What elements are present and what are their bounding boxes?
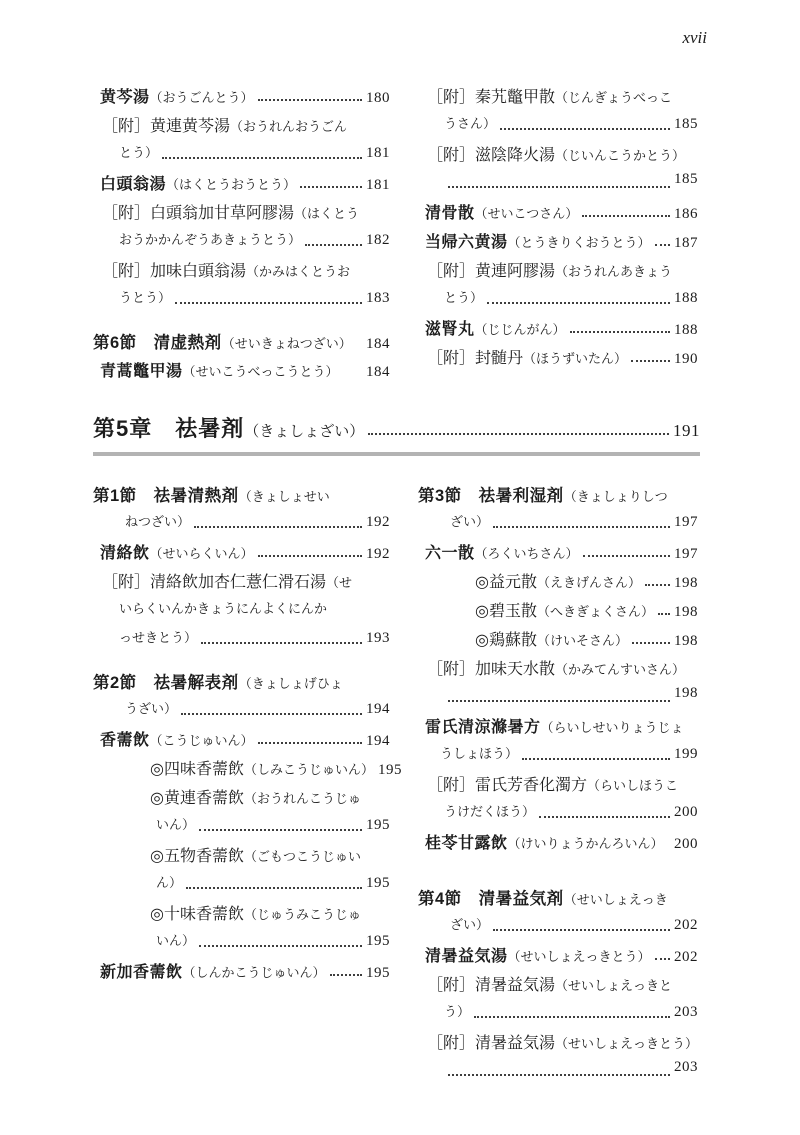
entry-text: っせきとう） [119,627,197,647]
toc-entry-line: 当帰六黄湯（とうきりくおうとう）187 [418,229,698,258]
entry-text: ［附］黄連黄芩湯（おうれんおうごん [102,113,347,136]
toc-entry-line: 白頭翁湯（はくとうおうとう）181 [93,171,390,200]
toc-entry-line: ［附］封髄丹（ほうずいたん）190 [418,345,698,374]
leader-dots [470,1001,674,1030]
toc-entry-line: とう）181 [93,142,390,171]
leader-dots [301,229,366,258]
toc-section-line: 第1節 祛暑清熱剤（きょしょせい [93,482,390,511]
toc-entry-line: いらくいんかきょうにんよくにんか [93,598,390,627]
entry-text: 桂苓甘露飲（けいりょうかんろいん） [425,830,664,853]
entry-text: ［附］滋陰降火湯（じいんこうかとう） [427,142,685,165]
leader-dots [364,412,673,448]
toc-entry-line: うしょほう）199 [418,743,698,772]
page-number: 193 [366,630,390,647]
toc-entry-line: っせきとう）193 [93,627,390,656]
toc-entry-line: 桂苓甘露飲（けいりょうかんろいん）200 [418,830,698,859]
toc-entry-line: ［附］清暑益気湯（せいしょえっきと [418,972,698,1001]
entry-text: ◎鶏蘇散（けいそさん） [475,627,628,650]
leader-dots [651,229,674,258]
leader-dots [444,171,674,200]
entry-text: 白頭翁湯（はくとうおうとう） [100,171,296,194]
toc-entry-line: 青蒿鼈甲湯（せいこうべっこうとう）184 [93,358,390,387]
page-number: 195 [366,965,390,982]
leader-dots [254,84,366,113]
toc-entry-line: ◎十味香薷飲（じゅうみこうじゅ [93,901,390,930]
entry-text: ◎十味香薷飲（じゅうみこうじゅ [150,901,361,924]
page-number: 195 [378,762,402,779]
toc-entry-line: ◎益元散（えきげんさん）198 [418,569,698,598]
leader-space [339,358,366,387]
toc-entry-line: ざい）197 [418,511,698,540]
entry-text: ［附］封髄丹（ほうずいたん） [427,345,627,368]
toc-entry-line: ［附］清暑益気湯（せいしょえっきとう） [418,1030,698,1059]
toc-entry-line: 203 [418,1059,698,1088]
toc-column-top-right: ［附］秦艽鼈甲散（じんぎょうべっこうさん）185［附］滋陰降火湯（じいんこうかと… [418,84,698,374]
leader-dots [296,171,366,200]
entry-text: うざい） [125,698,177,718]
page-number: 195 [366,817,390,834]
toc-section-line: 第4節 清暑益気剤（せいしょえっき [418,885,698,914]
entry-text: 青蒿鼈甲湯（せいこうべっこうとう） [100,358,339,381]
leader-dots [641,569,674,598]
page-number: 198 [674,633,698,650]
entry-text: とう） [444,287,483,307]
entry-text: ［附］加味天水散（かみてんすいさん） [427,656,685,679]
toc-entry-line: ［附］加味天水散（かみてんすいさん） [418,656,698,685]
toc-section-line: 第2節 祛暑解表剤（きょしょげひょ [93,669,390,698]
entry-text: うとう） [119,287,171,307]
toc-entry-line: 清暑益気湯（せいしょえっきとう）202 [418,943,698,972]
entry-text: う） [444,1001,470,1021]
toc-entry-line: ［附］黄連阿膠湯（おうれんあきょう [418,258,698,287]
leader-dots [627,345,674,374]
page-number: 197 [674,514,698,531]
entry-text: ん） [156,872,182,892]
toc-entry-line: ◎四味香薷飲（しみこうじゅいん）195 [93,756,390,785]
entry-text: ◎四味香薷飲（しみこうじゅいん） [150,756,374,779]
entry-text: いらくいんかきょうにんよくにんか [119,598,327,618]
page-folio: xvii [93,28,707,48]
leader-dots [195,930,366,959]
page-number: 184 [366,364,390,381]
toc-entry-line: 清骨散（せいこつさん）186 [418,200,698,229]
leader-dots [326,959,366,988]
toc-entry-line: 香薷飲（こうじゅいん）194 [93,727,390,756]
leader-dots [651,943,674,972]
leader-dots [177,698,366,727]
leader-dots [483,287,674,316]
entry-text: うけだくほう） [444,801,535,821]
entry-text: 滋腎丸（じじんがん） [425,316,566,339]
toc-entry-line: とう）188 [418,287,698,316]
page-number: 180 [366,90,390,107]
toc-entry-line: ［附］加味白頭翁湯（かみはくとうお [93,258,390,287]
leader-space [352,329,366,358]
toc-entry-line: うざい）194 [93,698,390,727]
entry-text: ［附］清暑益気湯（せいしょえっきと [427,972,672,995]
page-number: 202 [674,949,698,966]
entry-text: 第1節 祛暑清熱剤（きょしょせい [93,482,330,506]
entry-text: 第2節 祛暑解表剤（きょしょげひょ [93,669,343,693]
toc-entry-line: 黄芩湯（おうごんとう）180 [93,84,390,113]
leader-dots [197,627,366,656]
chapter-page-number: 191 [673,421,700,441]
leader-dots [158,142,366,171]
entry-text: いん） [156,930,195,950]
entry-text: 当帰六黄湯（とうきりくおうとう） [425,229,651,252]
entry-text: 新加香薷飲（しんかこうじゅいん） [100,959,326,982]
leader-dots [444,685,674,714]
toc-entry-line: ん）195 [93,872,390,901]
leader-dots [489,511,674,540]
entry-text: 清絡飲（せいらくいん） [100,540,254,563]
leader-dots [182,872,366,901]
toc-entry-line: 198 [418,685,698,714]
page-number: 188 [674,322,698,339]
entry-text: 六一散（ろくいちさん） [425,540,579,563]
entry-text: ［附］秦艽鼈甲散（じんぎょうべっこ [427,84,672,107]
leader-dots [566,316,674,345]
entry-text: ざい） [450,914,489,934]
page-number: 192 [366,514,390,531]
entry-text: ◎黄連香薷飲（おうれんこうじゅ [150,785,361,808]
entry-text: ◎益元散（えきげんさん） [475,569,641,592]
page-number: 198 [674,575,698,592]
chapter-text: 第5章 祛暑剤（きょしょざい） [93,412,364,443]
toc-entry-line: いん）195 [93,814,390,843]
entry-text: いん） [156,814,195,834]
leader-dots [254,540,366,569]
toc-entry-line: ◎鶏蘇散（けいそさん）198 [418,627,698,656]
page-number: 202 [674,917,698,934]
entry-text: 香薷飲（こうじゅいん） [100,727,254,750]
toc-entry-line: うさん）185 [418,113,698,142]
entry-text: 第6節 清虚熱剤（せいきょねつざい） [93,329,352,353]
toc-section-line: 第6節 清虚熱剤（せいきょねつざい）184 [93,329,390,358]
entry-text: 黄芩湯（おうごんとう） [100,84,254,107]
toc-entry-line: ［附］雷氏芳香化濁方（らいしほうこ [418,772,698,801]
toc-entry-line: ［附］秦艽鼈甲散（じんぎょうべっこ [418,84,698,113]
page-number: 198 [674,604,698,621]
page-number: 195 [366,875,390,892]
entry-text: うさん） [444,113,496,133]
toc-entry-line: 清絡飲（せいらくいん）192 [93,540,390,569]
page-number: 186 [674,206,698,223]
entry-text: 清暑益気湯（せいしょえっきとう） [425,943,651,966]
entry-text: おうかかんぞうあきょうとう） [119,229,301,249]
chapter-rule [93,452,700,456]
toc-entry-line: おうかかんぞうあきょうとう）182 [93,229,390,258]
page-number: 182 [366,232,390,249]
toc-entry-line: ◎五物香薷飲（ごもつこうじゅい [93,843,390,872]
page-number: 203 [674,1004,698,1021]
leader-dots [171,287,366,316]
page-number: 192 [366,546,390,563]
page-number: 183 [366,290,390,307]
entry-text: 第4節 清暑益気剤（せいしょえっき [418,885,668,909]
toc-section-line: 第3節 祛暑利湿剤（きょしょりしつ [418,482,698,511]
page-number: 199 [674,746,698,763]
page-number: 200 [674,804,698,821]
page-number: 197 [674,546,698,563]
leader-dots [579,540,674,569]
page-number: 185 [674,171,698,188]
page-number: 184 [366,336,390,353]
chapter-heading: 第5章 祛暑剤（きょしょざい） 191 [93,412,700,448]
toc-entry-line: う）203 [418,1001,698,1030]
entry-text: ［附］黄連阿膠湯（おうれんあきょう [427,258,672,281]
toc-entry-line: 新加香薷飲（しんかこうじゅいん）195 [93,959,390,988]
leader-dots [654,598,674,627]
page-number: 190 [674,351,698,368]
page-number: 188 [674,290,698,307]
entry-text: ［附］清絡飲加杏仁薏仁滑石湯（せ [102,569,352,592]
page-number: 185 [674,116,698,133]
leader-space [664,830,674,859]
page-number: 194 [366,701,390,718]
page-number: 195 [366,933,390,950]
leader-dots [489,914,674,943]
toc-entry-line: ◎碧玉散（へきぎょくさん）198 [418,598,698,627]
toc-entry-line: ◎黄連香薷飲（おうれんこうじゅ [93,785,390,814]
toc-entry-line: ［附］黄連黄芩湯（おうれんおうごん [93,113,390,142]
page-number: 181 [366,177,390,194]
page-number: 187 [674,235,698,252]
entry-text: 清骨散（せいこつさん） [425,200,578,223]
leader-dots [496,113,674,142]
entry-text: とう） [119,142,158,162]
toc-entry-line: 滋腎丸（じじんがん）188 [418,316,698,345]
entry-text: ［附］加味白頭翁湯（かみはくとうお [102,258,350,281]
toc-entry-line: うけだくほう）200 [418,801,698,830]
toc-entry-line: うとう）183 [93,287,390,316]
entry-text: ［附］白頭翁加甘草阿膠湯（はくとう [102,200,359,223]
page-number: 181 [366,145,390,162]
leader-space [374,756,378,785]
entry-text: 第3節 祛暑利湿剤（きょしょりしつ [418,482,668,506]
toc-column-bottom-left: 第1節 祛暑清熱剤（きょしょせいねつざい）192清絡飲（せいらくいん）192［附… [93,482,390,988]
leader-dots [628,627,674,656]
entry-text: ［附］雷氏芳香化濁方（らいしほうこ [427,772,678,795]
leader-dots [518,743,674,772]
entry-text: ◎五物香薷飲（ごもつこうじゅい [150,843,361,866]
leader-dots [190,511,366,540]
entry-text: ◎碧玉散（へきぎょくさん） [475,598,654,621]
leader-dots [578,200,674,229]
toc-entry-line: ［附］白頭翁加甘草阿膠湯（はくとう [93,200,390,229]
entry-text: ねつざい） [125,511,190,531]
chapter-title: 第5章 祛暑剤 [93,416,244,441]
page-number: 194 [366,733,390,750]
page-number: 203 [674,1059,698,1076]
toc-entry-line: 185 [418,171,698,200]
leader-dots [444,1059,674,1088]
toc-entry-line: 六一散（ろくいちさん）197 [418,540,698,569]
toc-entry-line: ねつざい）192 [93,511,390,540]
toc-column-top-left: 黄芩湯（おうごんとう）180［附］黄連黄芩湯（おうれんおうごんとう）181白頭翁… [93,84,390,387]
leader-dots [254,727,366,756]
page-number: 200 [674,836,698,853]
toc-entry-line: いん）195 [93,930,390,959]
page-number: 198 [674,685,698,702]
leader-dots [195,814,366,843]
chapter-reading: （きょしょざい） [244,424,364,440]
entry-text: うしょほう） [440,743,518,763]
toc-entry-line: 雷氏清涼滌暑方（らいしせいりょうじょ [418,714,698,743]
toc-column-bottom-right: 第3節 祛暑利湿剤（きょしょりしつざい）197六一散（ろくいちさん）197◎益元… [418,482,698,1088]
entry-text: 雷氏清涼滌暑方（らいしせいりょうじょ [425,714,684,737]
toc-entry-line: ［附］清絡飲加杏仁薏仁滑石湯（せ [93,569,390,598]
toc-entry-line: ［附］滋陰降火湯（じいんこうかとう） [418,142,698,171]
toc-entry-line: ざい）202 [418,914,698,943]
leader-dots [535,801,674,830]
entry-text: ［附］清暑益気湯（せいしょえっきとう） [427,1030,698,1053]
entry-text: ざい） [450,511,489,531]
